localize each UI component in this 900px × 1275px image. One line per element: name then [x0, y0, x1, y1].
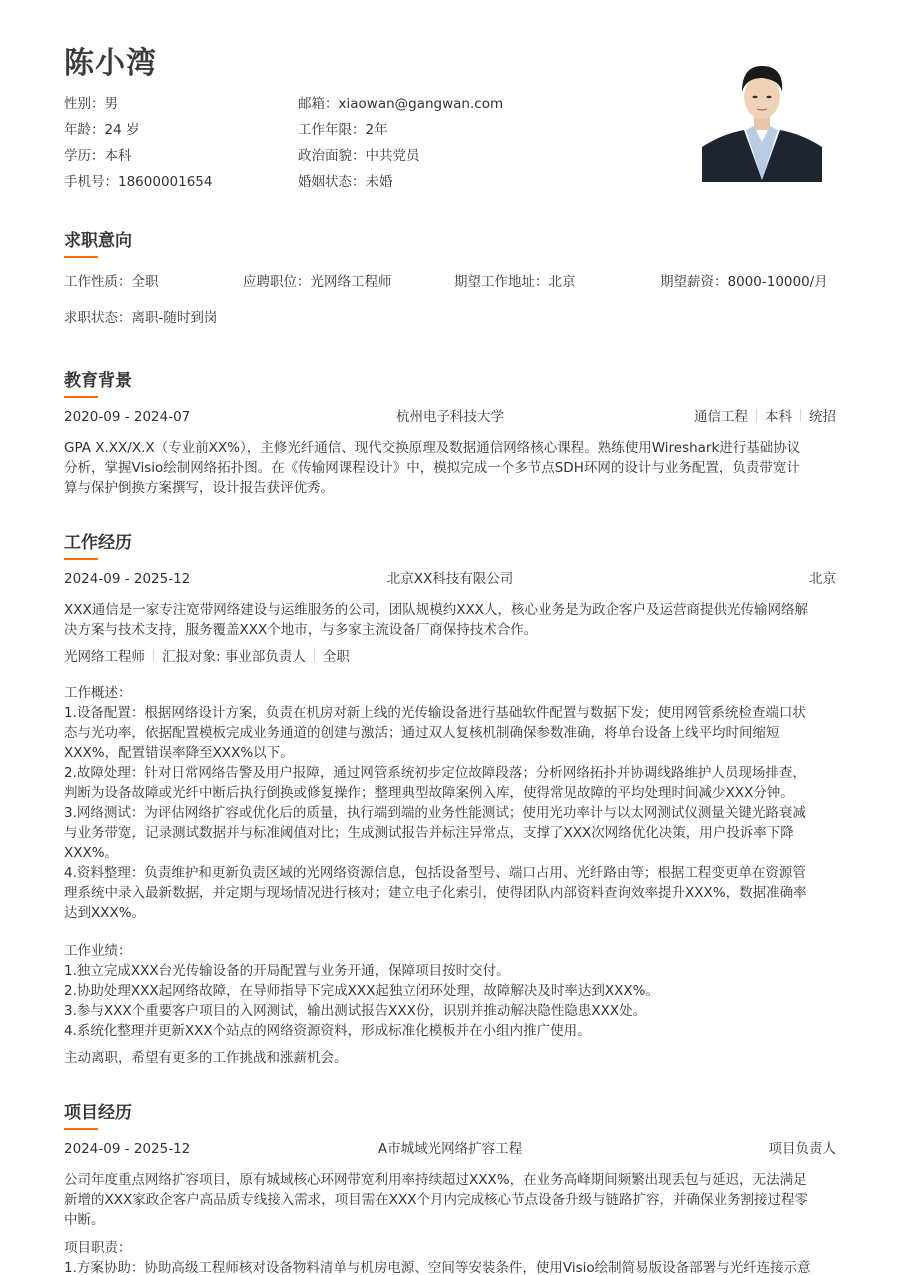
divider — [153, 649, 154, 662]
section-title-project: 项目经历 — [64, 1098, 132, 1123]
info-political: 政治面貌：中共党员 — [298, 146, 420, 166]
project-duties: 项目职责： 1.方案协助：协助高级工程师核对设备物料清单与机房电源、空间等安装条… — [64, 1238, 836, 1275]
divider — [314, 649, 315, 662]
education-header: 2020-09 - 2024-07 杭州电子科技大学 通信工程本科统招 — [64, 407, 836, 427]
section-title-intent: 求职意向 — [64, 226, 132, 251]
intent-status: 求职状态：离职-随时到岗 — [64, 308, 217, 328]
work-overview-label: 工作概述： — [64, 683, 836, 703]
info-email: 邮箱：xiaowan@gangwan.com — [298, 94, 503, 114]
info-education: 学历：本科 — [64, 146, 132, 166]
section-title-work: 工作经历 — [64, 528, 132, 553]
work-tags: 光网络工程师汇报对象: 事业部负责人全职 — [64, 647, 836, 667]
candidate-name: 陈小湾 — [64, 38, 157, 82]
intent-location: 期望工作地址：北京 — [454, 272, 576, 292]
work-company: 北京XX科技有限公司 — [64, 569, 836, 589]
project-name: A市城域光网络扩容工程 — [64, 1139, 836, 1159]
intent-position: 应聘职位：光网络工程师 — [243, 272, 392, 292]
work-overview: 工作概述： 1.设备配置：根据网络设计方案，负责在机房对新上线的光传输设备进行基… — [64, 683, 836, 923]
intent-salary: 期望薪资：8000-10000/月 — [660, 272, 828, 292]
project-intro: 公司年度重点网络扩容项目，原有城域核心环网带宽利用率持续超过XXX%，在业务高峰… — [64, 1170, 836, 1230]
section-underline — [64, 256, 98, 258]
section-title-education: 教育背景 — [64, 366, 132, 391]
info-age: 年龄：24 岁 — [64, 120, 139, 140]
project-role: 项目负责人 — [769, 1139, 837, 1159]
education-tags: 通信工程本科统招 — [694, 407, 836, 427]
work-leave-reason: 主动离职，希望有更多的工作挑战和涨薪机会。 — [64, 1048, 836, 1068]
divider — [800, 409, 801, 422]
work-achievements-label: 工作业绩： — [64, 941, 836, 961]
section-underline — [64, 1128, 98, 1130]
intent-job-type: 工作性质：全职 — [64, 272, 159, 292]
education-description: GPA X.XX/X.X（专业前XX%），主修光纤通信、现代交换原理及数据通信网… — [64, 438, 836, 498]
section-underline — [64, 558, 98, 560]
info-work-years: 工作年限：2年 — [298, 120, 388, 140]
info-gender: 性别：男 — [64, 94, 118, 114]
work-company-intro: XXX通信是一家专注宽带网络建设与运维服务的公司，团队规模约XXX人，核心业务是… — [64, 600, 836, 640]
work-header: 2024-09 - 2025-12 北京XX科技有限公司 北京 — [64, 569, 836, 589]
profile-photo — [702, 52, 822, 182]
info-marital: 婚姻状态：未婚 — [298, 172, 393, 192]
divider — [756, 409, 757, 422]
info-phone: 手机号：18600001654 — [64, 172, 212, 192]
work-achievements: 工作业绩： 1.独立完成XXX台光传输设备的开局配置与业务开通，保障项目按时交付… — [64, 941, 836, 1041]
work-city: 北京 — [809, 569, 836, 589]
project-duties-label: 项目职责： — [64, 1238, 836, 1258]
section-underline — [64, 396, 98, 398]
project-header: 2024-09 - 2025-12 A市城域光网络扩容工程 项目负责人 — [64, 1139, 836, 1159]
